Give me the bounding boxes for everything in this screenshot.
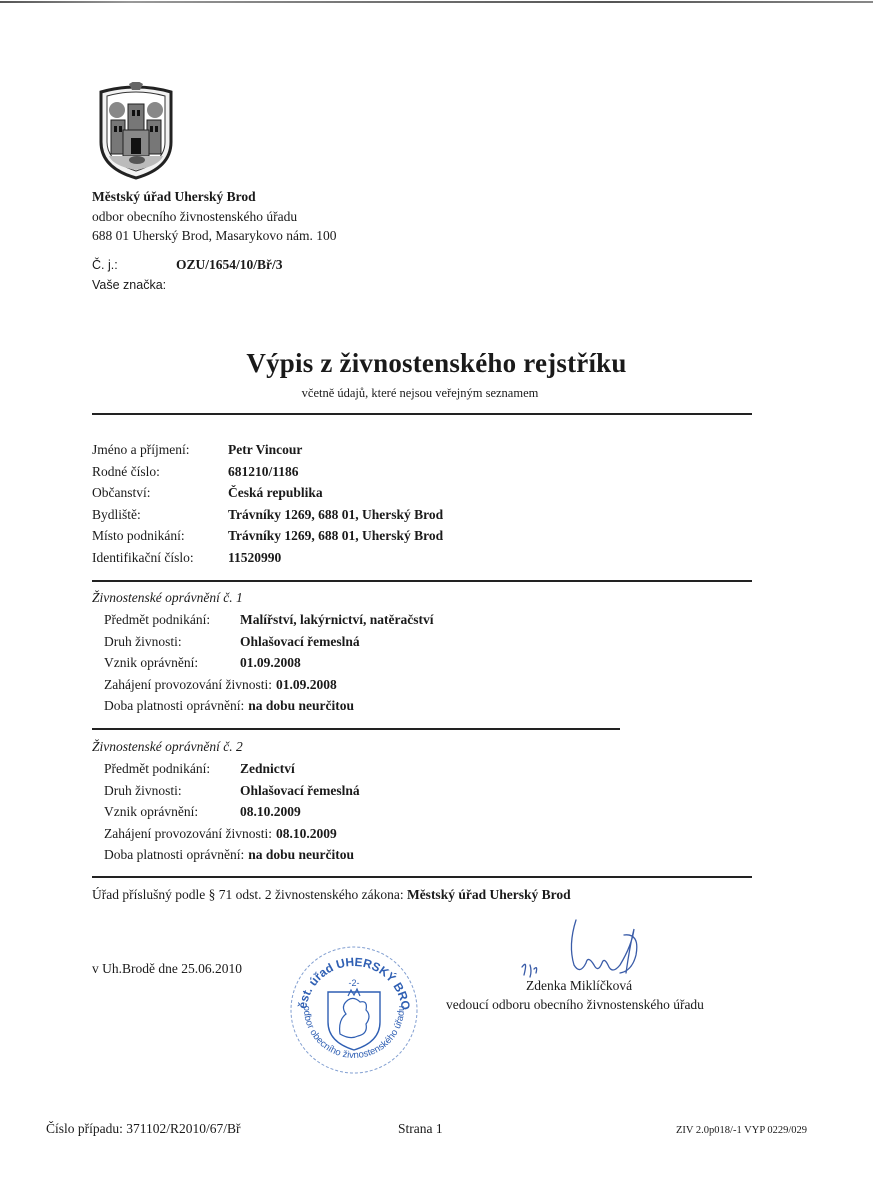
license-row: Předmět podnikání:Zednictví [92,761,360,783]
divider [92,728,620,730]
license-row: Vznik oprávnění:01.09.2008 [92,655,433,677]
office-name: Městský úřad Uherský Brod [92,187,336,207]
license-row: Doba platnosti oprávnění:na dobu neurčit… [92,847,360,869]
divider [92,413,752,415]
license-section-1: Živnostenské oprávnění č. 1 Předmět podn… [92,590,433,720]
signer-role: vedoucí odboru obecního živnostenského ú… [446,997,704,1013]
divider [92,876,752,878]
license-section-2: Živnostenské oprávnění č. 2 Předmět podn… [92,739,360,869]
divider [92,580,752,582]
document-subtitle: včetně údajů, které nejsou veřejným sezn… [0,386,840,401]
license-row: Druh živnosti:Ohlašovací řemeslná [92,634,433,656]
person-details: Jméno a příjmení:Petr Vincour Rodné čísl… [92,442,443,571]
license-row: Zahájení provozování živnosti:01.09.2008 [92,677,433,699]
signer-name: Zdenka Miklíčková [526,978,632,994]
person-row: Místo podnikání:Trávníky 1269, 688 01, U… [92,528,443,550]
person-row: Jméno a příjmení:Petr Vincour [92,442,443,464]
your-reference-label: Vaše značka: [92,275,176,295]
license-heading: Živnostenské oprávnění č. 2 [92,739,360,761]
town-coat-of-arms-icon [93,82,179,180]
reference-block: Č. j.:OZU/1654/10/Bř/3 Vaše značka: [92,255,283,295]
office-department: odbor obecního živnostenského úřadu [92,207,336,227]
reference-label: Č. j.: [92,255,176,275]
person-row: Rodné číslo:681210/1186 [92,464,443,486]
license-row: Zahájení provozování živnosti:08.10.2009 [92,826,360,848]
license-row: Předmět podnikání:Malířství, lakýrnictví… [92,612,433,634]
svg-text:odbor obecního živnostenského: odbor obecního živnostenského úřadu [301,1006,407,1061]
place-date: v Uh.Brodě dne 25.06.2010 [92,961,242,977]
svg-text:-2-: -2- [349,978,360,988]
office-header: Městský úřad Uherský Brod odbor obecního… [92,187,336,246]
document-title: Výpis z živnostenského rejstříku [0,348,873,379]
page-number: Strana 1 [398,1121,443,1137]
office-address: 688 01 Uherský Brod, Masarykovo nám. 100 [92,226,336,246]
license-row: Druh živnosti:Ohlašovací řemeslná [92,783,360,805]
person-row: Identifikační číslo:11520990 [92,550,443,572]
scan-top-edge [0,1,873,3]
reference-value: OZU/1654/10/Bř/3 [176,257,283,272]
person-row: Občanství:Česká republika [92,485,443,507]
competent-authority: Úřad příslušný podle § 71 odst. 2 živnos… [92,887,571,903]
person-row: Bydliště:Trávníky 1269, 688 01, Uherský … [92,507,443,529]
license-row: Doba platnosti oprávnění:na dobu neurčit… [92,698,433,720]
license-row: Vznik oprávnění:08.10.2009 [92,804,360,826]
official-stamp-icon: Měst. úřad UHERSKÝ BROD odbor obecního ž… [288,944,420,1076]
form-code: ZIV 2.0p018/-1 VYP 0229/029 [676,1125,807,1136]
license-heading: Živnostenské oprávnění č. 1 [92,590,433,612]
case-number: Číslo případu: 371102/R2010/67/Bř [46,1121,241,1137]
